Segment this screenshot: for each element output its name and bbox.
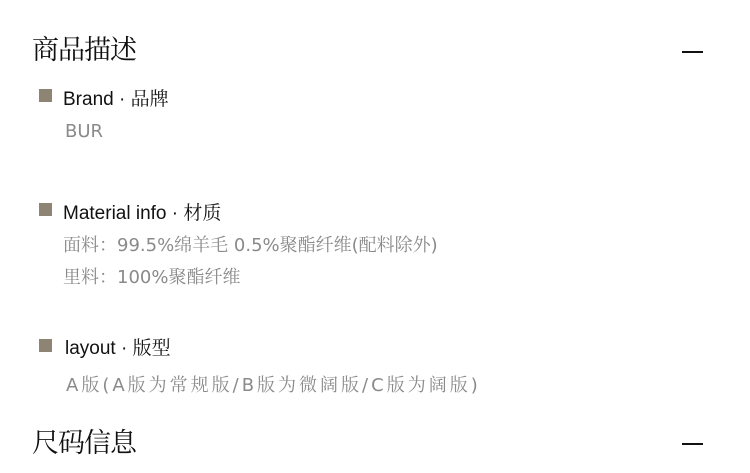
bullet-icon: [39, 339, 52, 352]
brand-label: Brand · 品牌: [63, 84, 169, 111]
minus-icon[interactable]: [682, 51, 703, 53]
material-label: Material info · 材质: [63, 198, 221, 225]
bullet-icon: [39, 89, 52, 102]
section-title-description: 商品描述: [32, 28, 136, 67]
layout-value: A版(A版为常规版/B版为微阔版/C版为阔版): [66, 371, 481, 397]
minus-icon[interactable]: [682, 443, 703, 445]
bullet-icon: [39, 203, 52, 216]
brand-value: BUR: [65, 121, 103, 142]
material-value-lining: 里料：100%聚酯纤维: [63, 263, 240, 289]
layout-label: layout · 版型: [65, 333, 171, 360]
material-value-outer: 面料：99.5%绵羊毛 0.5%聚酯纤维(配料除外): [63, 231, 438, 257]
section-title-size-info: 尺码信息: [32, 421, 136, 460]
